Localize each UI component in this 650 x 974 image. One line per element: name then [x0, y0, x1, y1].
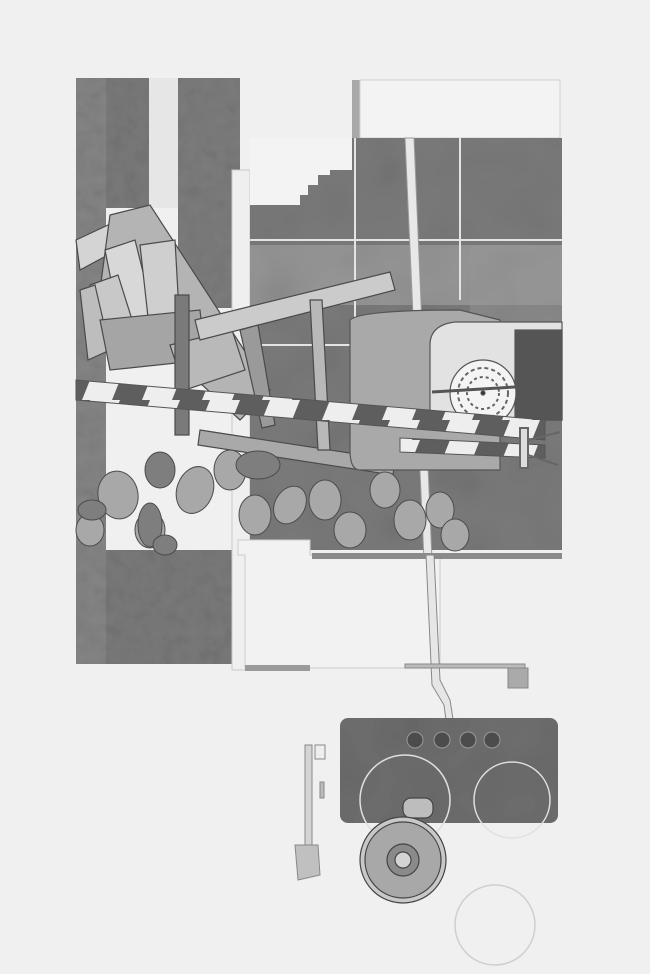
- stove-panel: [340, 718, 558, 965]
- drawing: [0, 0, 650, 974]
- artwork-canvas: [0, 0, 650, 974]
- side-bracket: [295, 745, 325, 880]
